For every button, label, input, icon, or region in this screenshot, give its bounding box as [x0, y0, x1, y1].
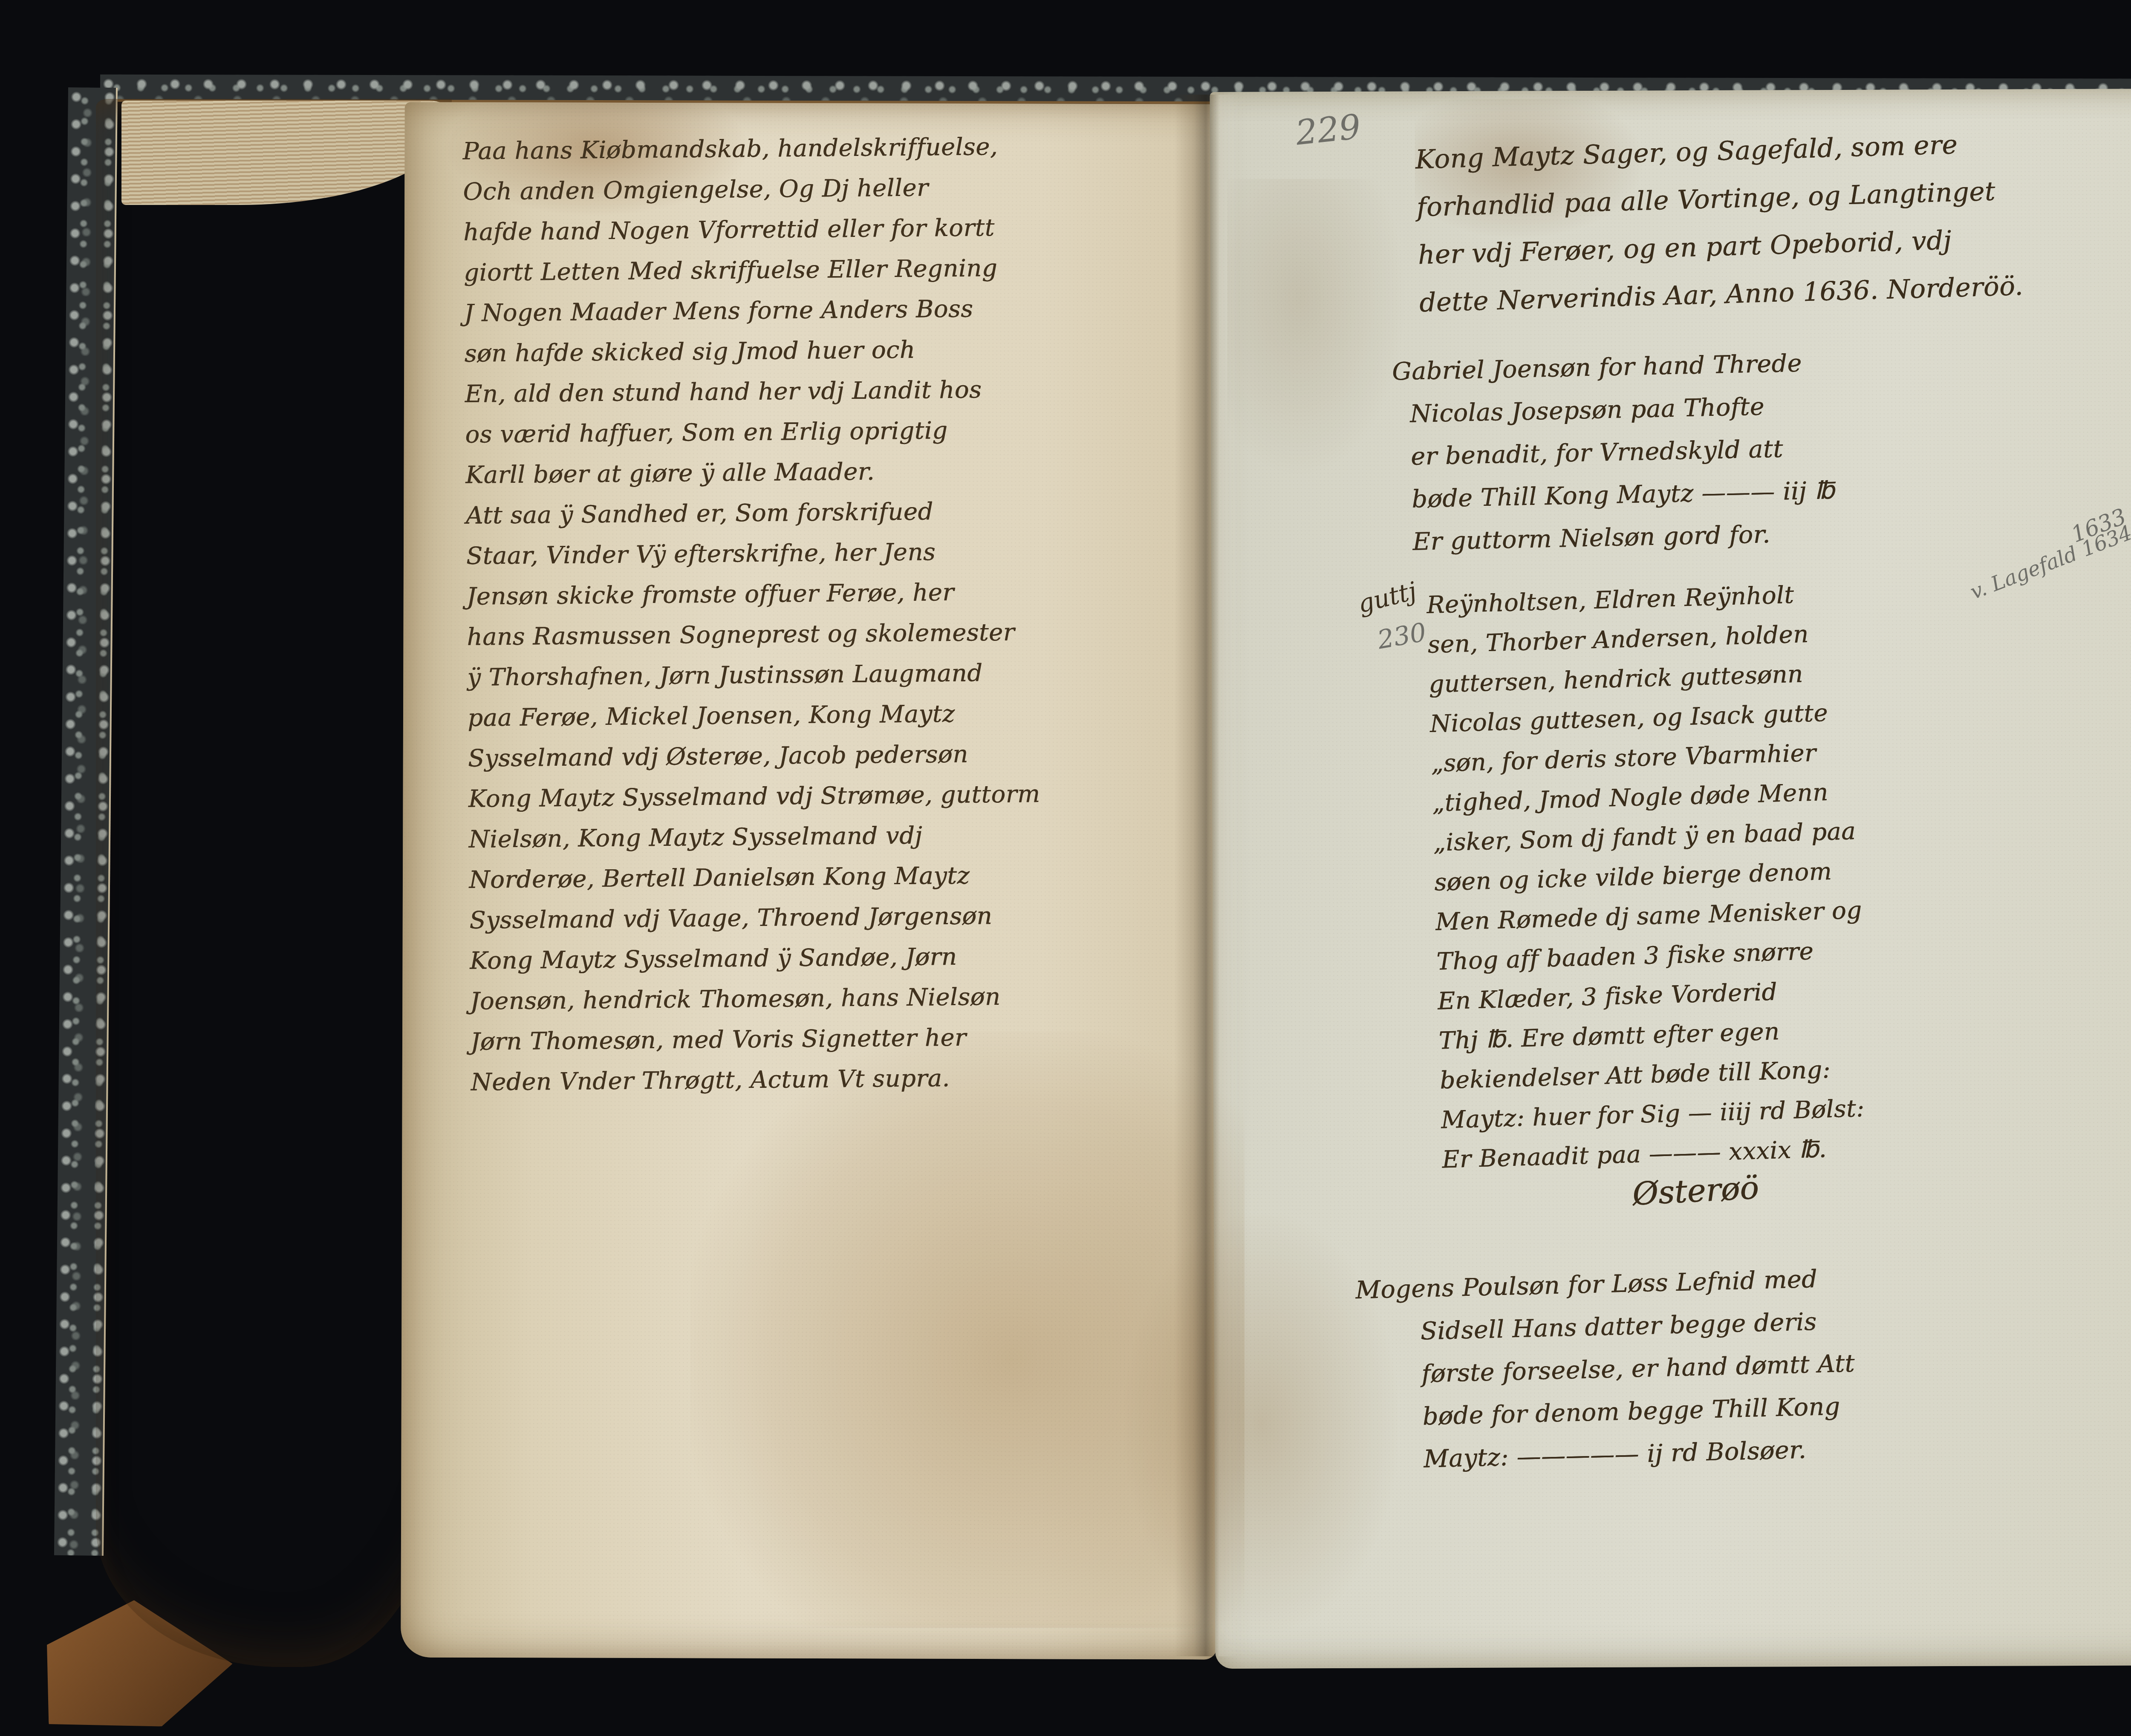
manuscript-line: Jensøn skicke fromste offuer Ferøe, her — [466, 570, 1234, 617]
manuscript-line: J Nogen Maader Mens forne Anders Boss — [464, 286, 1231, 334]
page-block-edges-left — [96, 99, 452, 1667]
court-entry-gabriel-joensen: Gabriel Joensøn for hand Threde Nicolas … — [1409, 337, 2052, 563]
court-entry-reynholtsen: Reÿnholtsen, Eldren Reÿnholt sen, Thorbe… — [1426, 567, 2107, 1179]
manuscript-line: os værid haffuer, Som en Erlig oprigtig — [465, 408, 1233, 455]
manuscript-line: Och anden Omgiengelse, Og Dj heller — [463, 165, 1230, 212]
manuscript-line: Kong Maytz Sysselmand ÿ Sandøe, Jørn — [470, 934, 1237, 981]
manuscript-line: giortt Letten Med skriffuelse Eller Regn… — [464, 246, 1231, 293]
manuscript-line: Staar, Vinder Vÿ efterskrifne, her Jens — [466, 529, 1233, 577]
manuscript-line: Kong Maytz Sysselmand vdj Strømøe, gutto… — [468, 772, 1236, 819]
manuscript-line: Norderøe, Bertell Danielsøn Kong Maytz — [469, 853, 1236, 900]
court-entry-mogens-poulsen: Mogens Poulsøn for Løss Lefnid med Sidse… — [1419, 1251, 2106, 1481]
manuscript-line: En, ald den stund hand her vdj Landit ho… — [465, 367, 1232, 415]
manuscript-line: paa Ferøe, Mickel Joensen, Kong Maytz — [468, 691, 1235, 738]
manuscript-line: Sysselmand vdj Vaage, Throend Jørgensøn — [469, 894, 1237, 941]
manuscript-line: hafde hand Nogen Vforrettid eller for ko… — [463, 205, 1231, 253]
manuscript-line: Att saa ÿ Sandhed er, Som forskrifued — [466, 489, 1233, 536]
manuscript-line: Nielsøn, Kong Maytz Sysselmand vdj — [468, 813, 1236, 860]
manuscript-line: Neden Vnder Thrøgtt, Actum Vt supra. — [471, 1055, 1238, 1103]
manuscript-line: Paa hans Kiøbmandskab, handelskriffuelse… — [462, 124, 1230, 172]
folio-number-pencil: 229 — [1294, 107, 1363, 153]
manuscript-line: søn hafde skicked sig Jmod huer och — [464, 327, 1232, 374]
section-heading-osteroe: Østerøö — [1631, 1169, 1760, 1212]
left-page-text-block: Paa hans Kiøbmandskab, handelskriffuelse… — [462, 124, 1238, 1103]
photograph-of-open-manuscript-book: Paa hans Kiøbmandskab, handelskriffuelse… — [0, 0, 2131, 1736]
manuscript-line: Jørn Thomesøn, med Voris Signetter her — [470, 1015, 1238, 1062]
manuscript-line: hans Rasmussen Sogneprest og skolemester — [467, 610, 1234, 657]
manuscript-line: Karll bøer at giøre ÿ alle Maader. — [465, 448, 1233, 496]
manuscript-line: ÿ Thorshafnen, Jørn Justinssøn Laugmand — [467, 651, 1235, 698]
manuscript-line: Sysselmand vdj Østerøe, Jacob pedersøn — [468, 732, 1236, 779]
manuscript-line: Joensøn, hendrick Thomesøn, hans Nielsøn — [470, 975, 1237, 1022]
right-page-heading-block: Kong Maytz Sager, og Sagefald, som ere f… — [1415, 113, 2131, 327]
